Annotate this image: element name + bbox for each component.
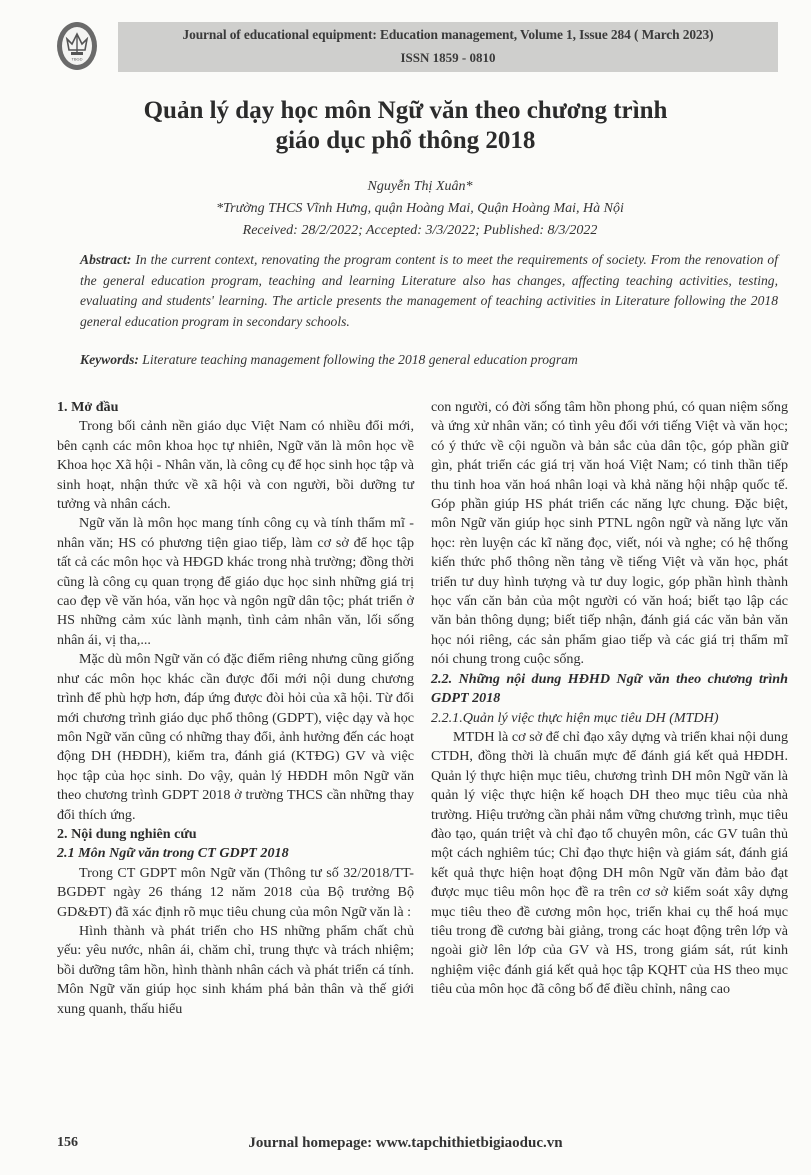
paragraph: MTDH là cơ sở để chỉ đạo xây dựng và tri… — [431, 728, 788, 1000]
subsection-heading-2-1: 2.1 Môn Ngữ văn trong CT GDPT 2018 — [57, 844, 414, 863]
publication-dates: Received: 28/2/2022; Accepted: 3/3/2022;… — [60, 223, 780, 239]
author: Nguyễn Thị Xuân* — [60, 179, 780, 195]
title-line-2: giáo dục phổ thông 2018 — [60, 126, 751, 156]
article-title: Quản lý dạy học môn Ngữ văn theo chương … — [60, 96, 751, 156]
right-column: con người, có đời sống tâm hồn phong phú… — [431, 398, 788, 1000]
crown-book-icon: TBGD — [63, 30, 91, 62]
keywords-text: Literature teaching management following… — [139, 352, 578, 367]
affiliation: *Trường THCS Vĩnh Hưng, quận Hoàng Mai, … — [60, 201, 780, 217]
paragraph: con người, có đời sống tâm hồn phong phú… — [431, 398, 788, 670]
paragraph: Hình thành và phát triển cho HS những ph… — [57, 922, 414, 1019]
journal-citation: Journal of educational equipment: Educat… — [118, 27, 778, 43]
paragraph: Trong CT GDPT môn Ngữ văn (Thông tư số 3… — [57, 864, 414, 922]
section-heading-research: 2. Nội dung nghiên cứu — [57, 825, 414, 844]
paragraph: Trong bối cảnh nền giáo dục Việt Nam có … — [57, 417, 414, 514]
abstract-text: In the current context, renovating the p… — [80, 252, 778, 329]
subsection-heading-2-2-1: 2.2.1.Quản lý việc thực hiện mục tiêu DH… — [431, 709, 788, 728]
section-heading-intro: 1. Mở đầu — [57, 398, 414, 417]
abstract-label: Abstract: — [80, 252, 131, 267]
journal-logo-icon: TBGD — [57, 22, 97, 70]
title-line-1: Quản lý dạy học môn Ngữ văn theo chương … — [60, 96, 751, 126]
subsection-heading-2-2: 2.2. Những nội dung HĐHD Ngữ văn theo ch… — [431, 670, 788, 709]
paragraph: Ngữ văn là môn học mang tính công cụ và … — [57, 514, 414, 650]
abstract: Abstract: In the current context, renova… — [80, 250, 778, 332]
keywords: Keywords: Literature teaching management… — [80, 352, 778, 368]
left-column: 1. Mở đầu Trong bối cảnh nền giáo dục Vi… — [57, 398, 414, 1019]
keywords-label: Keywords: — [80, 352, 139, 367]
issn: ISSN 1859 - 0810 — [118, 50, 778, 66]
journal-homepage: Journal homepage: www.tapchithietbigiaod… — [0, 1135, 811, 1152]
svg-text:TBGD: TBGD — [71, 57, 82, 62]
paragraph: Mặc dù môn Ngữ văn có đặc điểm riêng như… — [57, 650, 414, 825]
journal-header-bar: Journal of educational equipment: Educat… — [118, 22, 778, 72]
